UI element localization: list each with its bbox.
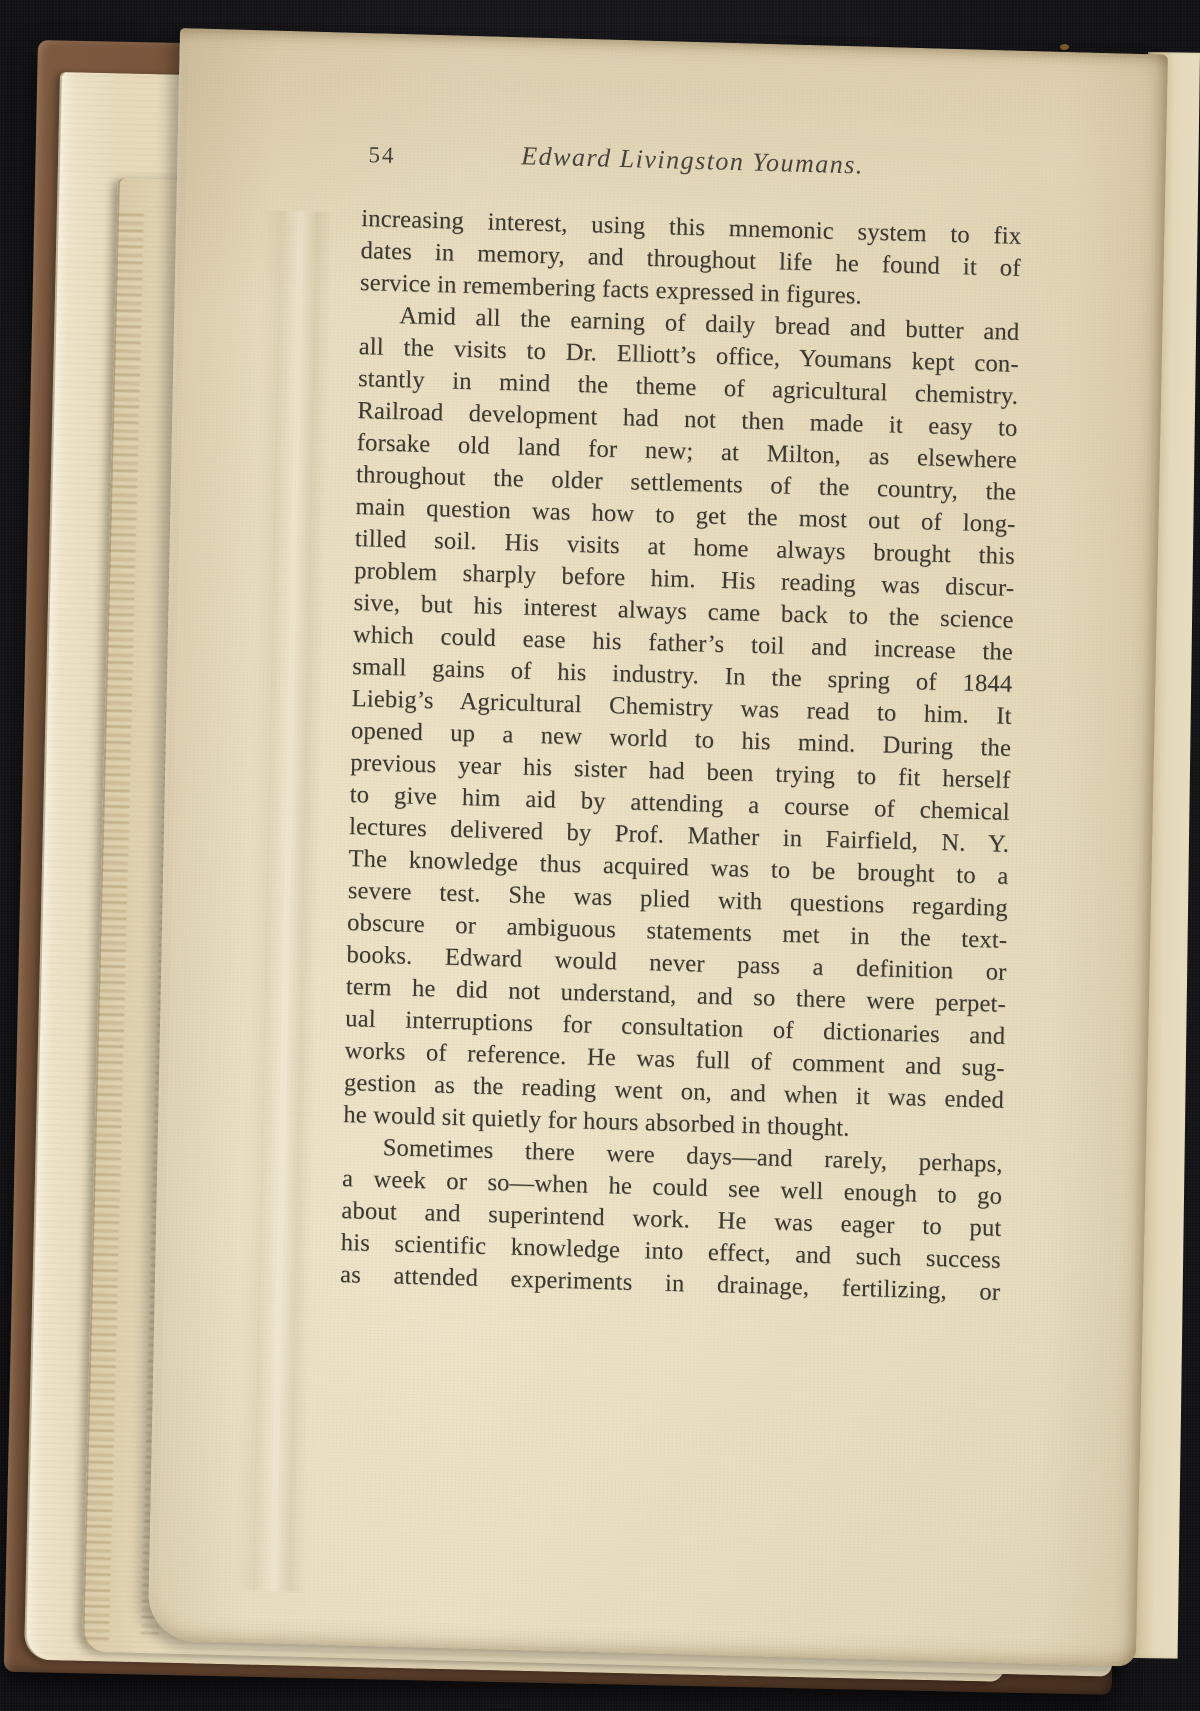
running-header: Edward Livingston Youmans. <box>362 133 1023 185</box>
book-page: 54 Edward Livingston Youmans. increasing… <box>148 28 1168 1667</box>
page-header: 54 Edward Livingston Youmans. <box>362 133 1023 193</box>
page-text: increasing interest, using this mnemonic… <box>340 203 1022 1309</box>
page-number: 54 <box>368 142 396 169</box>
paragraph: Sometimes there were days—and rarely, pe… <box>340 1131 1003 1309</box>
photo-backdrop: 54 Edward Livingston Youmans. increasing… <box>0 0 1200 1711</box>
paper-speck <box>1060 44 1069 50</box>
page-curvature-highlight <box>235 210 333 1592</box>
paragraph: Amid all the earning of daily bread and … <box>343 299 1020 1149</box>
paragraph: increasing interest, using this mnemonic… <box>360 203 1022 317</box>
page-content: 54 Edward Livingston Youmans. increasing… <box>340 133 1023 1309</box>
